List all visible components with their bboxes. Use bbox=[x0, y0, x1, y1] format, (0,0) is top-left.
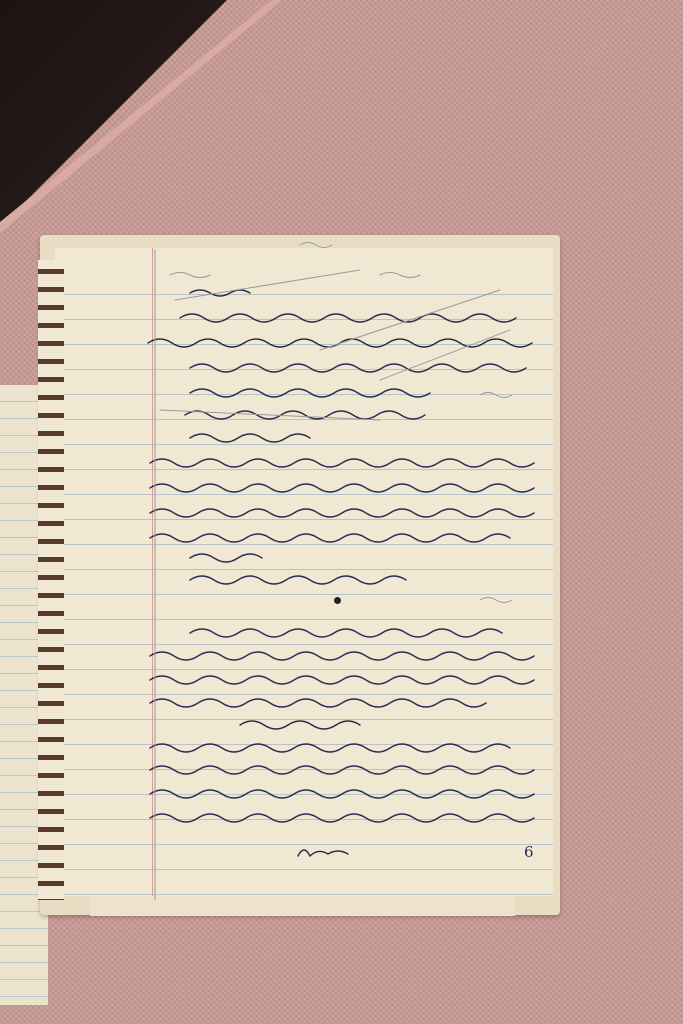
page-number: 6 bbox=[524, 843, 534, 861]
ink-dot bbox=[334, 597, 341, 604]
handwriting bbox=[0, 0, 683, 1024]
